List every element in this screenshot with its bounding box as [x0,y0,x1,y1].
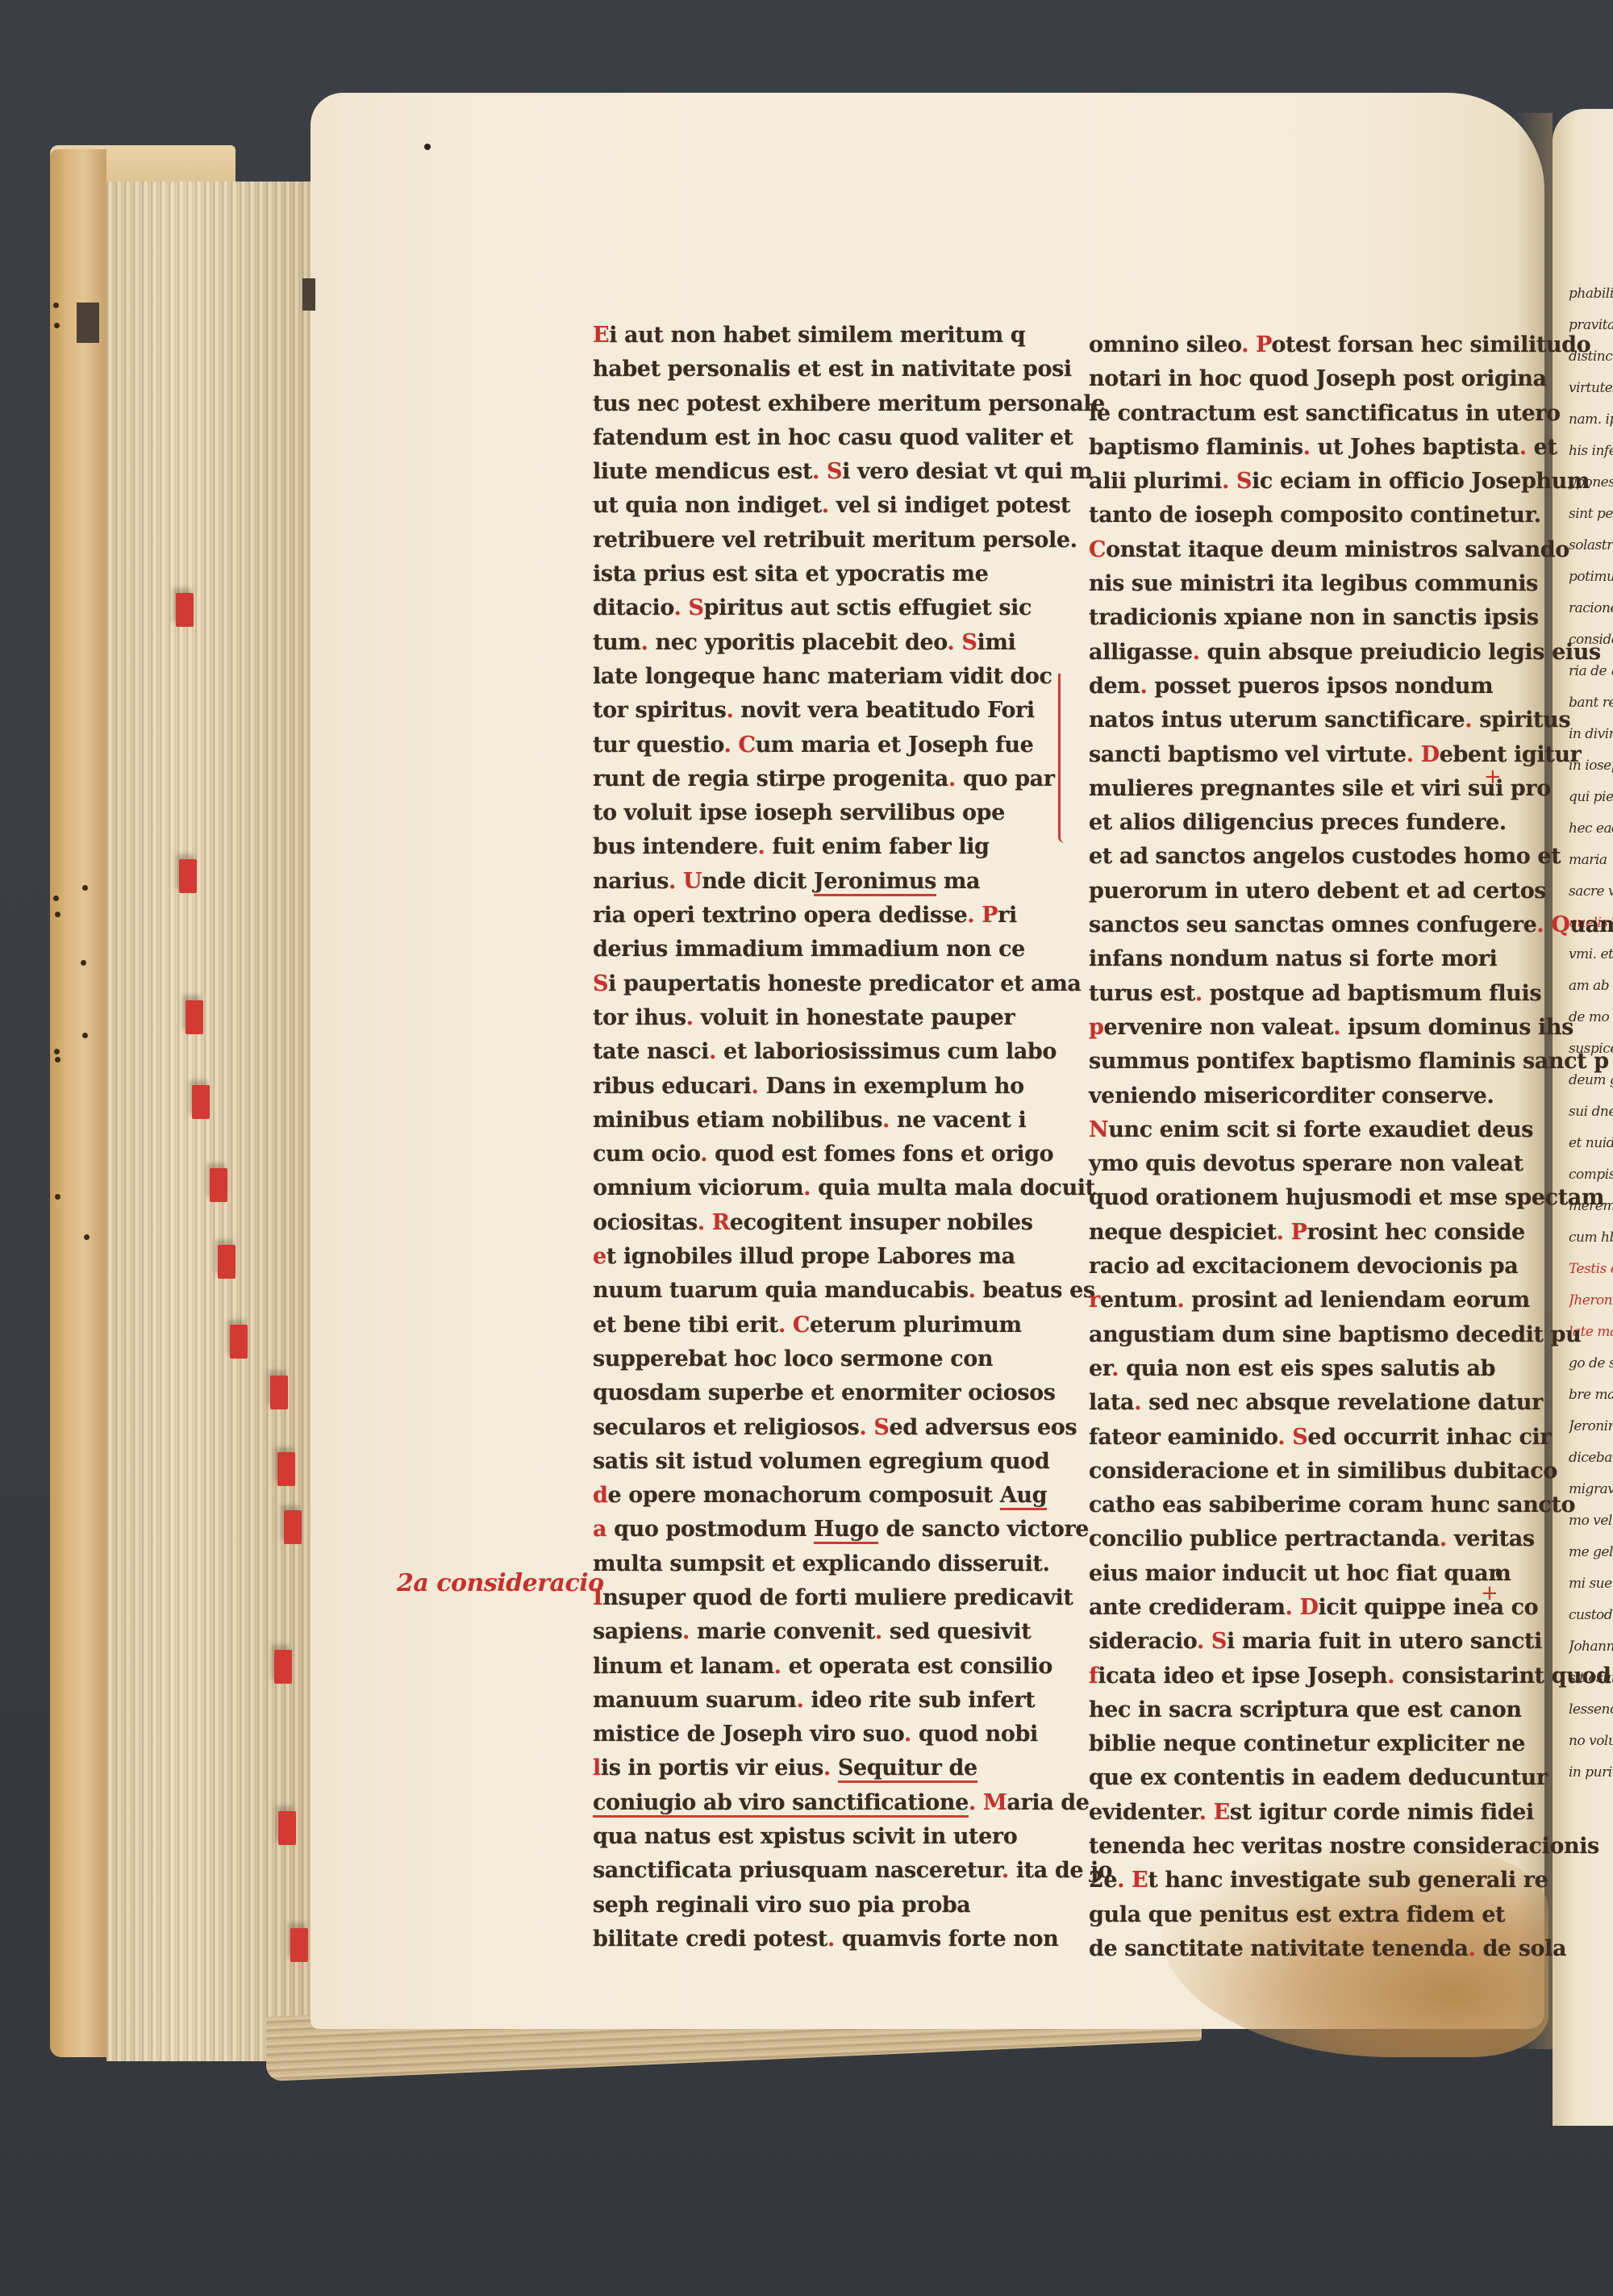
recto-line: maria [1569,845,1613,876]
recto-line: hec eadem [1569,813,1613,845]
recto-text-fragment: phabilitatepravitatisdistinctionevirtute… [1569,278,1613,1811]
text-line: a quo postmodum Hugo de sancto victore [593,1517,1032,1551]
text-line: biblie neque continetur expliciter ne [1089,1731,1524,1765]
text-line: sideracio. Si maria fuit in utero sancti [1089,1629,1524,1663]
text-line: sancti baptismo vel virtute. Debent igit… [1089,742,1524,776]
wormhole [55,1057,60,1062]
text-line: neque despiciet. Prosint hec conside [1089,1220,1524,1254]
text-line: turus est. postque ad baptismum fluis [1089,981,1524,1015]
leather-binding [50,149,106,2057]
recto-line: potimus [1569,561,1613,593]
page-marker [302,278,315,311]
text-line: racio ad excitacionem devocionis pa [1089,1254,1524,1288]
index-tab[interactable] [270,1376,288,1409]
text-line: eius maior inducit ut hoc fiat quam [1089,1561,1524,1595]
recto-line: cum hbid [1569,1222,1613,1254]
wormhole [82,1033,88,1038]
recto-line: de mo non [1569,1002,1613,1033]
text-line: de sanctitate nativitate tenenda. de sol… [1089,1936,1524,1970]
recto-line: vmi. et m [1569,939,1613,971]
text-line: seph reginali viro suo pia proba [593,1893,1032,1927]
recto-line: go de sanc [1569,1348,1613,1380]
wormhole [54,1049,60,1054]
index-tab[interactable] [278,1811,296,1845]
index-tab[interactable] [277,1452,295,1486]
text-line: ditacio. Spiritus aut sctis effugiet sic [593,595,1032,629]
text-line: nuum tuarum quia manducabis. beatus es [593,1278,1032,1312]
index-tab[interactable] [230,1325,248,1359]
recto-line: dicebat a [1569,1442,1613,1474]
text-line: notari in hoc quod Joseph post origina [1089,366,1524,400]
text-line: dem. posset pueros ipsos nondum [1089,674,1524,708]
text-line: de opere monachorum composuit Aug [593,1483,1032,1517]
text-line: fateor eaminido. Sed occurrit inhac cir [1089,1425,1524,1459]
fore-edge-leaves [106,182,316,2061]
text-line: fatendum est in hoc casu quod valiter et [593,425,1032,459]
index-tab[interactable] [290,1928,308,1962]
wormhole [84,1234,90,1240]
text-line: ribus educari. Dans in exemplum ho [593,1074,1032,1108]
index-tab[interactable] [284,1510,302,1544]
text-line: nis sue ministri ita legibus communis [1089,571,1524,605]
text-line: hec in sacra scriptura que est canon [1089,1697,1524,1731]
text-line: ociositas. Recogitent insuper nobiles [593,1210,1032,1244]
text-line: er. quia non est eis spes salutis ab [1089,1356,1524,1390]
index-tab[interactable] [218,1245,235,1279]
recto-line: Jheronimus [1569,1285,1613,1317]
recto-line: Jeronimus et [1569,1411,1613,1442]
plus-mark: + [1481,1581,1498,1605]
plus-mark: + [1484,765,1502,789]
text-line: et bene tibi erit. Ceterum plurimum [593,1313,1032,1346]
text-line: catho eas sabiberime coram hunc sancto [1089,1492,1524,1526]
recto-line: me geludi [1569,1537,1613,1568]
text-line: concilio publice pertractanda. veritas [1089,1526,1524,1560]
text-line: Insuper quod de forti muliere predicavit [593,1585,1032,1619]
text-line: ficata ideo et ipse Joseph. consistarint… [1089,1664,1524,1697]
text-line: multa sumpsit et explicando disseruit. [593,1551,1032,1585]
recto-line: et nuidam [1569,1128,1613,1159]
text-line: ista prius est sita et ypocratis me [593,561,1032,595]
text-line: satis sit istud volumen egregium quod [593,1449,1032,1483]
text-line: veniendo misericorditer conserve. [1089,1083,1524,1117]
recto-line: nam. ipse [1569,404,1613,436]
text-line: que ex contentis in eadem deducuntur [1089,1765,1524,1799]
recto-line: bre marie. [1569,1380,1613,1411]
recto-line: lessencion [1569,1694,1613,1726]
text-line: Nunc enim scit si forte exaudiet deus [1089,1117,1524,1151]
text-line: late longeque hanc materiam vidit doc [593,664,1032,698]
wormhole [55,912,60,917]
marginal-bracket [1058,674,1073,843]
wormhole [53,895,59,901]
text-line: mulieres pregnantes sile et viri sui pro [1089,776,1524,810]
text-line: quosdam superbe et enormiter ociosos [593,1380,1032,1414]
text-line: et ad sanctos angelos custodes homo et [1089,844,1524,878]
recto-line: phabilitate [1569,278,1613,310]
text-line: summus pontifex baptismo flaminis sanct … [1089,1049,1524,1083]
recto-line: bant reposit [1569,687,1613,719]
recto-line: sint pedum [1569,499,1613,530]
index-tab[interactable] [192,1085,210,1119]
text-line: gula que penitus est extra fidem et [1089,1902,1524,1936]
text-line: supperebat hoc loco sermone con [593,1346,1032,1380]
text-line: mistice de Joseph viro suo. quod nobi [593,1722,1032,1755]
text-column-right: omnino sileo. Potest forsan hec similitu… [1089,332,1524,1970]
text-line: angustiam dum sine baptismo decedit pu [1089,1322,1524,1356]
wormhole [81,960,86,966]
wormhole [53,303,59,308]
recto-line: solastrum. [1569,530,1613,561]
text-line: cum ocio. quod est fomes fons et origo [593,1142,1032,1175]
text-line: runt de regia stirpe progenita. quo par [593,766,1032,800]
index-tab[interactable] [179,859,197,893]
text-line: omnino sileo. Potest forsan hec similitu… [1089,332,1524,366]
recto-line: Johannem [1569,1631,1613,1663]
text-line: natos intus uterum sanctificare. spiritu… [1089,708,1524,741]
text-line: pervenire non valeat. ipsum dominus ihs [1089,1015,1524,1049]
text-line: 2e. Et hanc investigate sub generali re [1089,1868,1524,1902]
text-line: ut quia non indiget. vel si indiget pote… [593,493,1032,527]
text-line: linum et lanam. et operata est consilio [593,1654,1032,1688]
recto-line: Testis et a [1569,1254,1613,1285]
wormhole [54,323,60,328]
index-tab[interactable] [274,1650,292,1684]
recto-line: custodem [1569,1600,1613,1631]
text-line: derius immadium immadium non ce [593,937,1032,971]
text-line: tanto de ioseph composito continetur. [1089,503,1524,536]
text-line: ymo quis devotus sperare non valeat [1089,1151,1524,1185]
text-line: bus intendere. fuit enim faber lig [593,834,1032,868]
text-line: narius. Unde dicit Jeronimus ma [593,869,1032,903]
recto-line: racione [1569,593,1613,624]
recto-line: virtutes [1569,373,1613,404]
text-column-left: Ei aut non habet similem meritum qhabet … [593,323,1032,1960]
text-line: habet personalis et est in nativitate po… [593,357,1032,390]
text-line: secularos et religiosos. Sed adversus eo… [593,1415,1032,1449]
recto-line: sacre vxor [1569,876,1613,908]
recto-line: am ab omni [1569,971,1613,1002]
text-line: Si paupertatis honeste predicator et ama [593,971,1032,1005]
text-line: tur questio. Cum maria et Joseph fue [593,733,1032,766]
text-line: evidenter. Est igitur corde nimis fidei [1089,1800,1524,1834]
text-line: omnium viciorum. quia multa mala docuit [593,1175,1032,1209]
text-line: lata. sed nec absque revelatione datur [1089,1390,1524,1424]
text-line: quod orationem hujusmodi et mse spectam [1089,1185,1524,1219]
recto-line: qui pie potest. [1569,782,1613,813]
text-line: Constat itaque deum ministros salvando [1089,537,1524,571]
text-line: retribuere vel retribuit meritum persole… [593,528,1032,561]
margin-note: 2a consideracio [397,1569,604,1597]
text-line: tor ihus. voluit in honestate pauper [593,1005,1032,1039]
text-line: liute mendicus est. Si vero desiat vt qu… [593,459,1032,493]
recto-line: mi sue ia [1569,1568,1613,1600]
text-line: rentum. prosint ad leniendam eorum [1089,1288,1524,1321]
text-line: tus nec potest exhibere meritum personal… [593,391,1032,425]
text-line: manuum suarum. ideo rite sub infert [593,1688,1032,1722]
text-line: et ignobiles illud prope Labores ma [593,1244,1032,1278]
text-line: tradicionis xpiane non in sanctis ipsis [1089,605,1524,639]
wormhole [55,1194,60,1200]
text-line: to voluit ipse ioseph servilibus ope [593,800,1032,834]
text-line: sapiens. marie convenit. sed quesivit [593,1619,1032,1653]
wormhole [82,885,88,891]
recto-line: migraverit [1569,1474,1613,1505]
text-line: et alios diligencius preces fundere. [1089,810,1524,844]
recto-line: mo vel vy [1569,1505,1613,1537]
text-line: sanctos seu sanctas omnes confugere. Qua… [1089,912,1524,946]
recto-line: sui dne qui [1569,1096,1613,1128]
text-line: infans nondum natus si forte mori [1089,946,1524,980]
text-line: baptismo flaminis. ut Johes baptista. et [1089,435,1524,469]
ink-speck [424,144,431,150]
text-line: alii plurimi. Sic eciam in officio Josep… [1089,469,1524,503]
text-line: tor spiritus. novit vera beatitudo Fori [593,698,1032,732]
text-line: tum. nec yporitis placebit deo. Simi [593,630,1032,664]
text-line: lis in portis vir eius. Sequitur de [593,1755,1032,1789]
text-line: alligasse. quin absque preiudicio legis … [1089,640,1524,674]
clasp-remnant [77,303,99,343]
text-line: sanctificata priusquam nasceretur. ita d… [593,1858,1032,1892]
text-line: minibus etiam nobilibus. ne vacent i [593,1108,1032,1142]
index-tab[interactable] [185,1000,203,1034]
recto-line: no voluit [1569,1726,1613,1757]
text-line: puerorum in utero debent et ad certos [1089,879,1524,912]
index-tab[interactable] [176,593,194,627]
text-line: tate nasci. et laboriosissimus cum labo [593,1039,1032,1073]
text-line: Ei aut non habet similem meritum q [593,323,1032,357]
text-line: qua natus est xpistus scivit in utero [593,1824,1032,1858]
recto-line: his infecer [1569,436,1613,467]
index-tab[interactable] [210,1168,227,1202]
text-line: coniugio ab viro sanctificatione. Maria … [593,1790,1032,1824]
recto-line: in puritati [1569,1757,1613,1789]
text-line: bilitate credi potest. quamvis forte non [593,1927,1032,1960]
text-line: tenenda hec veritas nostre consideracion… [1089,1834,1524,1868]
text-line: ante credideram. Dicit quippe inea co [1089,1595,1524,1629]
text-line: consideracione et in similibus dubitaco [1089,1459,1524,1492]
text-line: le contractum est sanctificatus in utero [1089,401,1524,435]
text-line: ria operi textrino opera dedisse. Pri [593,903,1032,937]
